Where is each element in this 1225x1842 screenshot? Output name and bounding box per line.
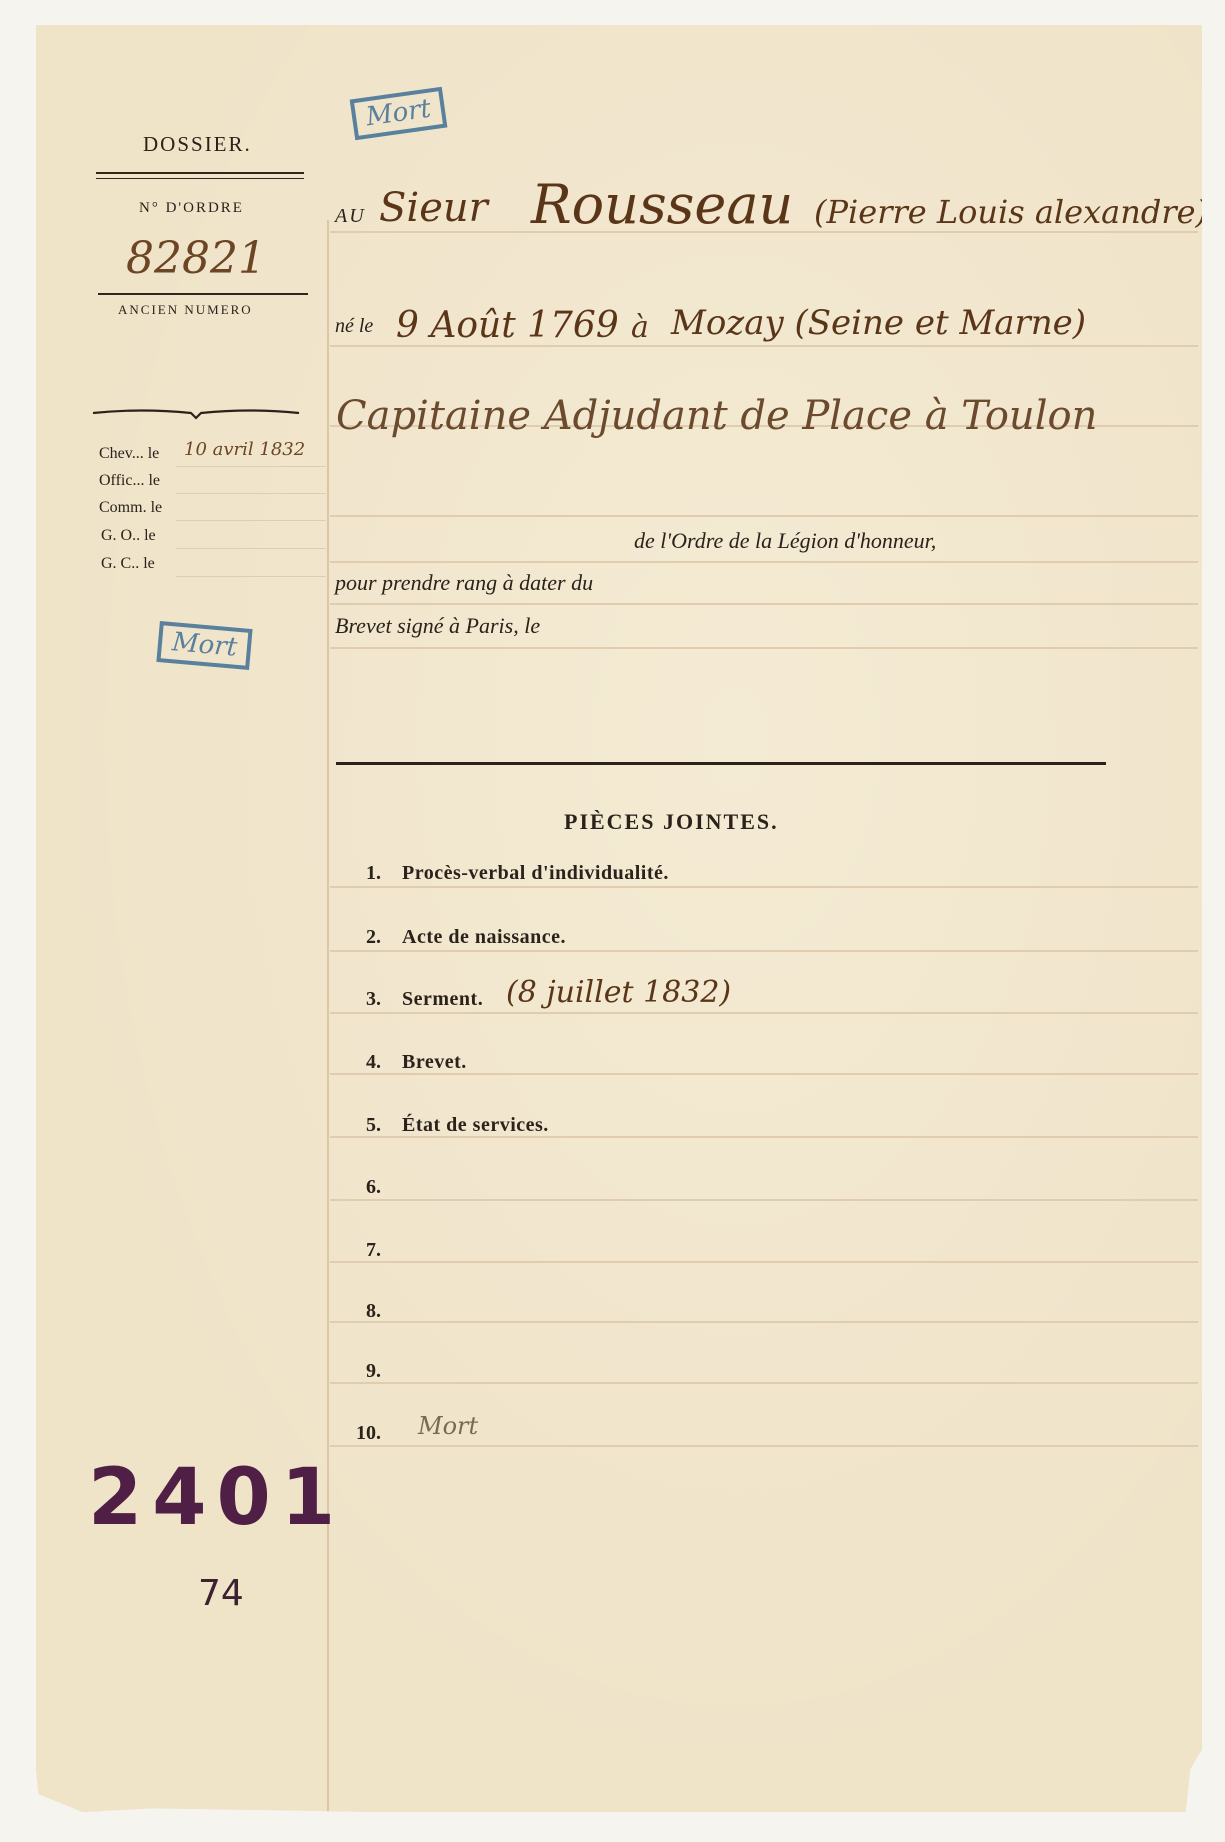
ruled-line: [330, 1012, 1198, 1014]
archive-sub-number: 74: [198, 1573, 244, 1614]
grade-line: [176, 576, 326, 577]
ruled-line: [330, 950, 1198, 952]
ancien-numero-label: ANCIEN NUMERO: [118, 302, 253, 318]
ruled-line: [330, 647, 1198, 649]
grade-line: [176, 520, 326, 521]
mort-stamp-top: Mort: [350, 87, 448, 140]
mort-stamp-left: Mort: [156, 621, 252, 670]
birth-date: 9 Août 1769: [396, 305, 619, 346]
grade-label: Offic... le: [99, 472, 160, 490]
margin-rule-top: [327, 220, 329, 390]
ordre-number: 82821: [126, 233, 266, 284]
piece-label: Brevet.: [402, 1051, 467, 1074]
piece-number: 10.: [356, 1422, 381, 1445]
piece-label: Procès-verbal d'individualité.: [402, 862, 669, 885]
born-prefix: né le: [335, 315, 373, 338]
birth-place: Mozay (Seine et Marne): [671, 303, 1086, 343]
ruled-line: [330, 603, 1198, 605]
rank-position: Capitaine Adjudant de Place à Toulon: [336, 393, 1097, 439]
recipient-title: Sieur: [379, 185, 488, 231]
grade-line: [176, 466, 326, 467]
ruled-line: [330, 1382, 1198, 1384]
piece-number: 5.: [366, 1114, 381, 1137]
serment-date-note: (8 juillet 1832): [506, 975, 731, 1010]
ruled-line: [330, 561, 1198, 563]
heading-double-rule-bottom: [96, 178, 304, 179]
rang-text: pour prendre rang à dater du: [335, 570, 593, 596]
grade-line: [176, 548, 326, 549]
recipient-prefix: AU: [335, 205, 366, 228]
grade-line: [176, 493, 326, 494]
ruled-line: [330, 515, 1198, 517]
piece-number: 9.: [366, 1360, 381, 1383]
piece-number: 1.: [366, 862, 381, 885]
archive-number-stamp: 2401: [88, 1453, 345, 1543]
grade-label: G. O.. le: [101, 527, 156, 545]
ordre-label: N° D'ORDRE: [139, 200, 244, 217]
piece-number: 6.: [366, 1176, 381, 1199]
margin-rule: [327, 385, 329, 1815]
grade-label: Comm. le: [99, 499, 162, 517]
heading-double-rule-top: [96, 172, 304, 174]
dossier-heading: DOSSIER.: [143, 132, 252, 157]
mort-annotation: Mort: [418, 1412, 478, 1440]
section-divider: [336, 762, 1106, 765]
piece-number: 2.: [366, 926, 381, 949]
birth-place-prefix: à: [631, 310, 649, 345]
ornamental-divider: [91, 405, 301, 425]
piece-label: Acte de naissance.: [402, 926, 566, 949]
ordre-rule: [98, 293, 308, 295]
grade-value: 10 avril 1832: [184, 439, 305, 460]
ruled-line: [330, 1321, 1198, 1323]
ruled-line: [330, 1445, 1198, 1447]
piece-number: 8.: [366, 1300, 381, 1323]
legion-honneur-text: de l'Ordre de la Légion d'honneur,: [634, 528, 936, 554]
pieces-jointes-title: PIÈCES JOINTES.: [564, 809, 779, 835]
recipient-surname: Rousseau: [531, 173, 793, 236]
ruled-line: [330, 1261, 1198, 1263]
piece-number: 7.: [366, 1239, 381, 1262]
dossier-sheet: DOSSIER. N° D'ORDRE 82821 ANCIEN NUMERO …: [36, 25, 1202, 1812]
piece-number: 4.: [366, 1051, 381, 1074]
ruled-line: [330, 1199, 1198, 1201]
brevet-text: Brevet signé à Paris, le: [335, 613, 540, 639]
grade-label: G. C.. le: [101, 555, 155, 573]
ruled-line: [330, 886, 1198, 888]
grade-label: Chev... le: [99, 445, 159, 463]
recipient-given-names: (Pierre Louis alexandre),: [814, 193, 1218, 231]
piece-number: 3.: [366, 988, 381, 1011]
piece-label: Serment.: [402, 988, 483, 1011]
piece-label: État de services.: [402, 1114, 549, 1137]
